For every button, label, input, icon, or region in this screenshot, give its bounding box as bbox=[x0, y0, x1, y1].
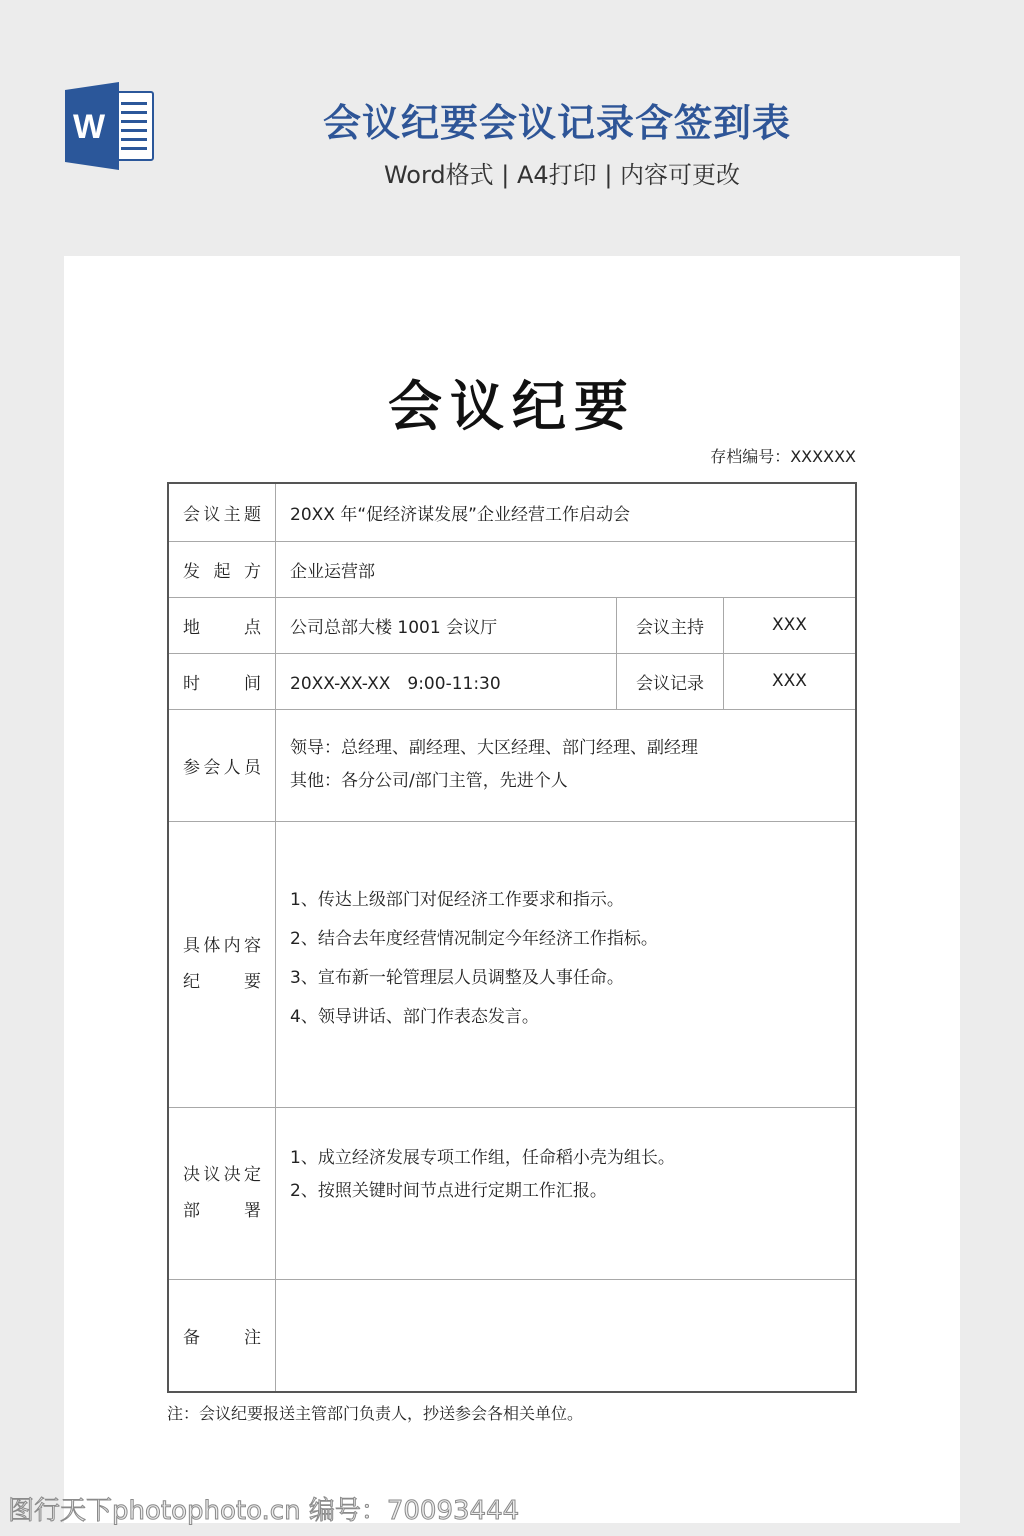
value-topic: 20XX 年“促经济谋发展”企业经营工作启动会 bbox=[276, 483, 857, 541]
value-recorder: XXX bbox=[724, 653, 857, 709]
table-row-decisions: 决议决定 部署 1、成立经济发展专项工作组，任命稻小壳为组长。 2、按照关键时间… bbox=[168, 1107, 856, 1279]
footnote: 注：会议纪要报送主管部门负责人，抄送参会各相关单位。 bbox=[167, 1401, 583, 1424]
label-content-line1: 具体内容 bbox=[183, 928, 261, 964]
label-decisions-line2a: 部 bbox=[183, 1193, 200, 1229]
value-initiator: 企业运营部 bbox=[276, 541, 857, 597]
value-attendees: 领导：总经理、副经理、大区经理、部门经理、副经理 其他：各分公司/部门主管，先进… bbox=[276, 709, 857, 821]
attendees-line: 领导：总经理、副经理、大区经理、部门经理、副经理 bbox=[290, 732, 841, 765]
content-item: 4、领导讲话、部门作表态发言。 bbox=[290, 998, 841, 1037]
banner-subtitle: Word格式 | A4打印 | 内容可更改 bbox=[0, 155, 1024, 190]
value-location: 公司总部大楼 1001 会议厅 bbox=[276, 597, 617, 653]
table-row-attendees: 参会人员 领导：总经理、副经理、大区经理、部门经理、副经理 其他：各分公司/部门… bbox=[168, 709, 856, 821]
table-row-initiator: 发起方 企业运营部 bbox=[168, 541, 856, 597]
content-item: 2、结合去年度经营情况制定今年经济工作指标。 bbox=[290, 920, 841, 959]
minutes-table: 会议主题 20XX 年“促经济谋发展”企业经营工作启动会 发起方 企业运营部 地… bbox=[167, 482, 857, 1393]
document-page: 会议纪要 存档编号：XXXXXX 会议主题 20XX 年“促经济谋发展”企业经营… bbox=[64, 256, 960, 1523]
watermark: 图行天下photophoto.cn 编号：70093444 bbox=[8, 1490, 519, 1527]
banner-title: 会议纪要会议记录含签到表 bbox=[0, 92, 1024, 147]
document-title: 会议纪要 bbox=[64, 364, 960, 441]
decision-item: 2、按照关键时间节点进行定期工作汇报。 bbox=[290, 1175, 841, 1208]
decision-item: 1、成立经济发展专项工作组，任命稻小壳为组长。 bbox=[290, 1142, 841, 1175]
table-row-topic: 会议主题 20XX 年“促经济谋发展”企业经营工作启动会 bbox=[168, 483, 856, 541]
value-content: 1、传达上级部门对促经济工作要求和指示。 2、结合去年度经营情况制定今年经济工作… bbox=[276, 821, 857, 1107]
label-initiator: 发起方 bbox=[168, 541, 276, 597]
label-decisions: 决议决定 部署 bbox=[168, 1107, 276, 1279]
label-decisions-line2b: 署 bbox=[244, 1193, 261, 1229]
content-item: 1、传达上级部门对促经济工作要求和指示。 bbox=[290, 881, 841, 920]
content-item: 3、宣布新一轮管理层人员调整及人事任命。 bbox=[290, 959, 841, 998]
label-time: 时间 bbox=[168, 653, 276, 709]
label-content: 具体内容 纪要 bbox=[168, 821, 276, 1107]
label-content-line2b: 要 bbox=[244, 964, 261, 1000]
label-decisions-line1: 决议决定 bbox=[183, 1157, 261, 1193]
value-host: XXX bbox=[724, 597, 857, 653]
table-row-content: 具体内容 纪要 1、传达上级部门对促经济工作要求和指示。 2、结合去年度经营情况… bbox=[168, 821, 856, 1107]
value-decisions: 1、成立经济发展专项工作组，任命稻小壳为组长。 2、按照关键时间节点进行定期工作… bbox=[276, 1107, 857, 1279]
table-row-location: 地点 公司总部大楼 1001 会议厅 会议主持 XXX bbox=[168, 597, 856, 653]
table-row-remarks: 备注 bbox=[168, 1279, 856, 1392]
value-remarks bbox=[276, 1279, 857, 1392]
attendees-line: 其他：各分公司/部门主管，先进个人 bbox=[290, 765, 841, 798]
label-host: 会议主持 bbox=[617, 597, 724, 653]
label-content-line2a: 纪 bbox=[183, 964, 200, 1000]
archive-number: 存档编号：XXXXXX bbox=[710, 444, 856, 467]
value-time: 20XX-XX-XX 9:00-11:30 bbox=[276, 653, 617, 709]
table-row-time: 时间 20XX-XX-XX 9:00-11:30 会议记录 XXX bbox=[168, 653, 856, 709]
label-recorder: 会议记录 bbox=[617, 653, 724, 709]
label-location: 地点 bbox=[168, 597, 276, 653]
label-attendees: 参会人员 bbox=[168, 709, 276, 821]
label-topic: 会议主题 bbox=[168, 483, 276, 541]
label-remarks: 备注 bbox=[168, 1279, 276, 1392]
